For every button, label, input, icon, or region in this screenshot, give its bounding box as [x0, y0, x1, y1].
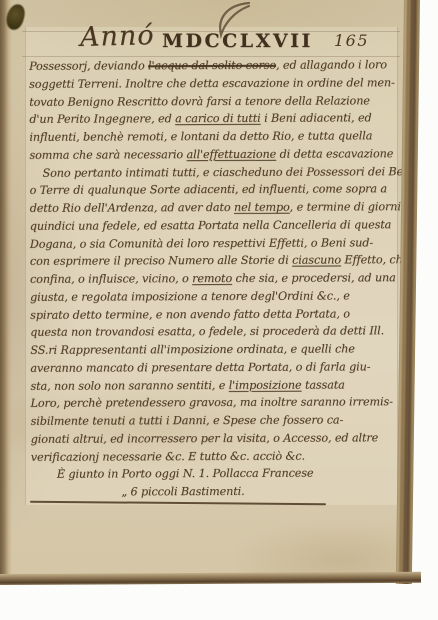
underlined-text: a carico di tutti [175, 112, 261, 125]
manuscript-line: tovato Benigno Rescritto dovrà farsi a t… [29, 92, 393, 111]
manuscript-text: „ 6 piccoli Bastimenti. [121, 485, 244, 499]
manuscript-line: influenti, benchè remoti, e lontani da d… [29, 127, 393, 146]
manuscript-line: Possessorj, deviando l'acque dal solito … [29, 56, 393, 75]
manuscript-text: giusta, e regolata imposizione a tenore … [30, 289, 350, 303]
underlined-text: nel tempo [234, 201, 290, 214]
manuscript-line: questa non trovandosi esatta, o fedele, … [30, 322, 394, 341]
manuscript-line: averanno mancato di presentare detta Por… [30, 358, 394, 377]
manuscript-line: Dogana, o sia Comunità dei loro respetti… [30, 234, 394, 253]
manuscript-text: detto Rio dell'Ardenza, ad aver dato [30, 201, 234, 215]
manuscript-text: che sia, e procedersi, ad una [232, 271, 396, 285]
manuscript-line: sibilmente tenuti a tutti i Danni, e Spe… [31, 411, 395, 430]
manuscript-text: Sono pertanto intimati tutti, e ciasched… [43, 165, 414, 180]
manuscript-text: influenti, benchè remoti, e lontani da d… [29, 129, 372, 143]
bottom-page-edge [0, 572, 421, 585]
underlined-text: ciascuno [292, 254, 341, 267]
manuscript-text: somma che sarà necessario [29, 148, 186, 162]
manuscript-text: quindici una fedele, ed esatta Portata n… [30, 218, 392, 233]
manuscript-text: sta, non solo non saranno sentiti, e [30, 378, 228, 392]
manuscript-text: tassata [301, 378, 344, 391]
manuscript-text: gionati altrui, ed incorressero per la v… [31, 431, 379, 446]
manuscript-line: Sono pertanto intimati tutti, e ciasched… [29, 163, 393, 182]
manuscript-text: soggetti Terreni. Inoltre che detta esca… [29, 76, 395, 91]
manuscript-line: spirato detto termine, e non avendo fatt… [30, 305, 394, 324]
header-anno-script: Annó [80, 20, 155, 53]
manuscript-text: di detta escavazione [276, 147, 393, 161]
manuscript-text: confina, o influisce, vicino, o [30, 272, 192, 286]
manuscript-text: Loro, perchè pretendessero gravosa, ma i… [31, 395, 393, 410]
manuscript-text: spirato detto termine, e non avendo fatt… [30, 307, 350, 321]
manuscript-text: tovato Benigno Rescritto dovrà farsi a t… [29, 94, 370, 108]
manuscript-text: , ed allagando i loro [276, 58, 387, 71]
manuscript-text: Effetto, che [341, 253, 409, 266]
manuscript-line: d'un Perito Ingegnere, ed a carico di tu… [29, 109, 393, 128]
manuscript-line: quindici una fedele, ed esatta Portata n… [30, 216, 394, 235]
manuscript-line: Loro, perchè pretendessero gravosa, ma i… [31, 393, 395, 412]
manuscript-line: soggetti Terreni. Inoltre che detta esca… [29, 74, 393, 93]
manuscript-line: È giunto in Porto oggi N. 1. Pollacca Fr… [31, 464, 395, 483]
binding-gutter [0, 0, 12, 580]
underlined-text: remoto [192, 272, 232, 285]
manuscript-text: averanno mancato di presentare detta Por… [30, 360, 370, 374]
manuscript-text: o Terre di qualunque Sorte adiacenti, ed… [30, 182, 387, 197]
underlined-text: all'effettuazione [186, 147, 276, 160]
manuscript-text: verificazionj necessarie &c. E tutto &c.… [31, 449, 305, 463]
manuscript-line: „ 6 piccoli Bastimenti. [31, 482, 395, 501]
struck-through-text: l'acque dal solito corso [148, 59, 276, 73]
manuscript-line: con esprimere il preciso Numero alle Sto… [30, 251, 394, 270]
manuscript-text: Dogana, o sia Comunità dei loro respetti… [30, 236, 373, 250]
scanned-book-page: Annó MDCCLXVII 165 Possessorj, deviando … [0, 0, 438, 620]
manuscript-text: È giunto in Porto oggi N. 1. Pollacca Fr… [57, 467, 314, 481]
manuscript-text: con esprimere il preciso Numero alle Sto… [30, 254, 292, 268]
manuscript-line: confina, o influisce, vicino, o remoto c… [30, 269, 394, 288]
manuscript-line: o Terre di qualunque Sorte adiacenti, ed… [30, 180, 394, 199]
manuscript-text: , e termine di giorni [290, 200, 401, 213]
manuscript-text: questa non trovandosi esatta, o fedele, … [30, 324, 384, 339]
manuscript-text: d'un Perito Ingegnere, ed [29, 112, 175, 126]
header-year-roman: MDCCLXVII [162, 30, 313, 52]
manuscript-line: gionati altrui, ed incorressero per la v… [31, 429, 395, 448]
underlined-text: l'imposizione [229, 378, 302, 391]
page-number: 165 [334, 31, 369, 50]
manuscript-text: i Beni adiacenti, ed [261, 112, 372, 125]
manuscript-text: SS.ri Rappresentanti all'imposizione ord… [30, 342, 355, 356]
manuscript-line: SS.ri Rappresentanti all'imposizione ord… [30, 340, 394, 359]
manuscript-text-block: Possessorj, deviando l'acque dal solito … [29, 56, 395, 501]
manuscript-text: sibilmente tenuti a tutti i Danni, e Spe… [31, 413, 344, 427]
manuscript-line: sta, non solo non saranno sentiti, e l'i… [30, 376, 394, 395]
manuscript-line: detto Rio dell'Ardenza, ad aver dato nel… [30, 198, 394, 217]
manuscript-line: somma che sarà necessario all'effettuazi… [29, 145, 393, 164]
manuscript-text: Possessorj, deviando [29, 59, 148, 73]
manuscript-line: giusta, e regolata imposizione a tenore … [30, 287, 394, 306]
manuscript-line: verificazionj necessarie &c. E tutto &c.… [31, 447, 395, 466]
